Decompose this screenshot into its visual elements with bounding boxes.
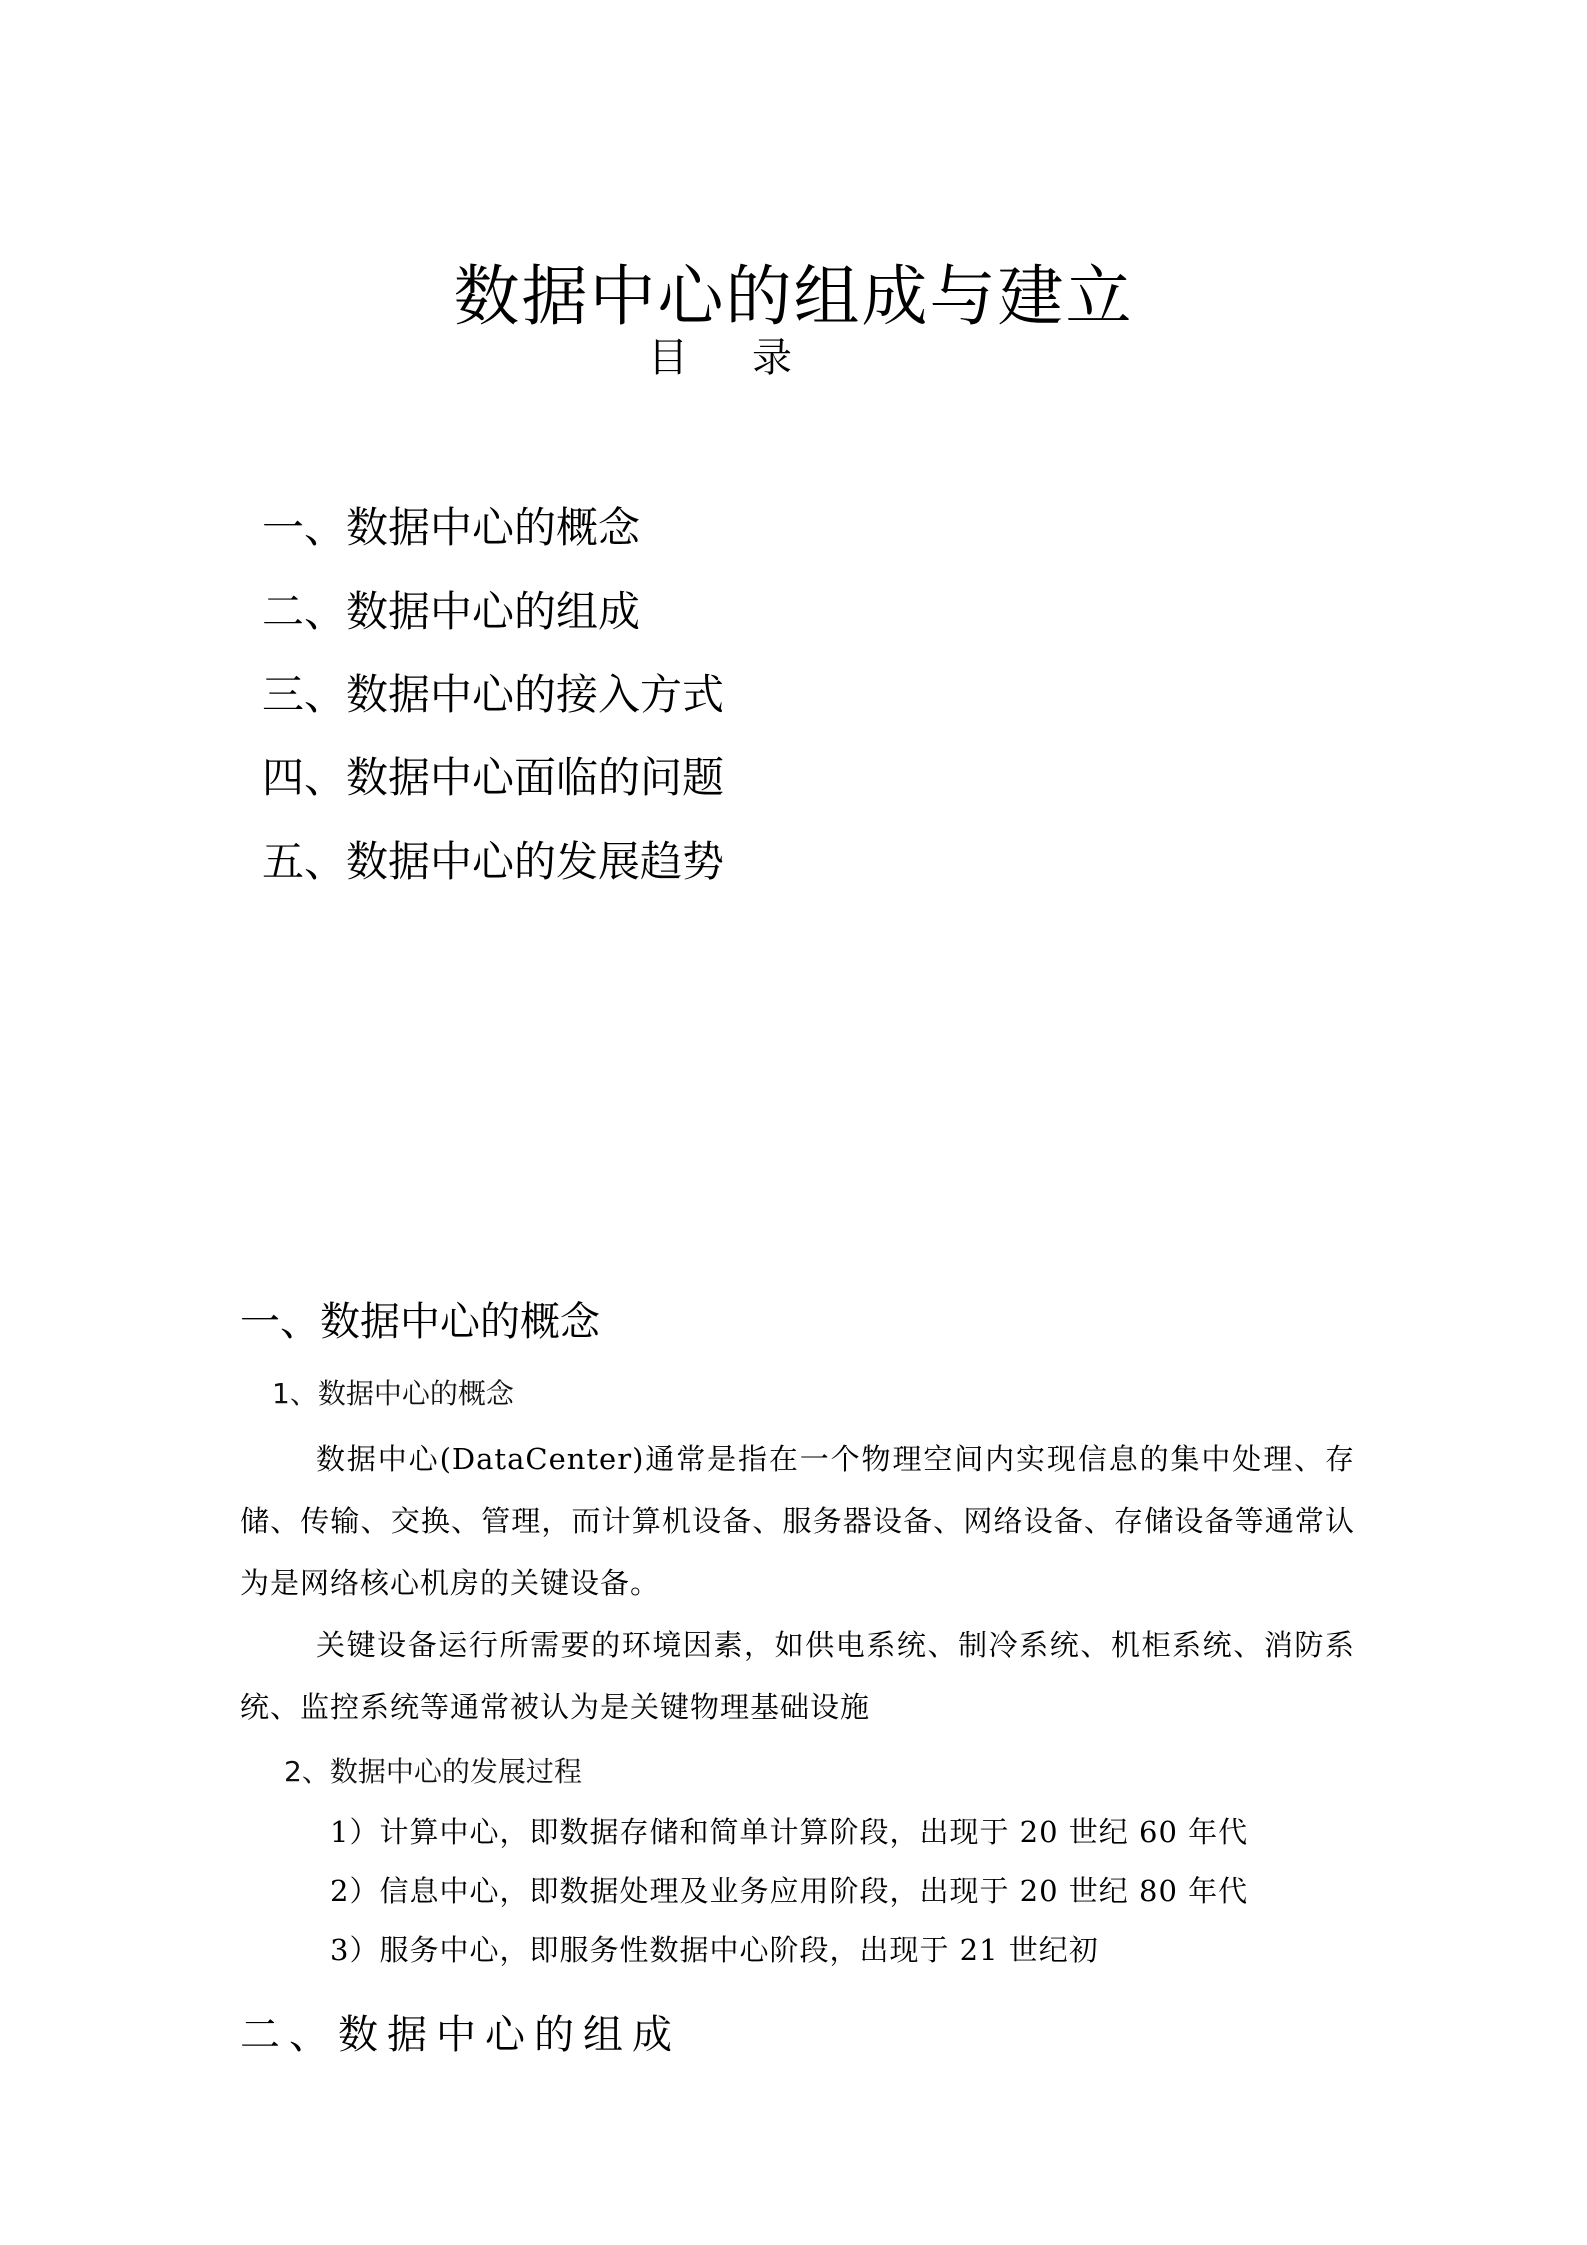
paragraph-infrastructure: 关键设备运行所需要的环境因素，如供电系统、制冷系统、机柜系统、消防系统、监控系统… [240,1614,1355,1738]
section-2-heading: 二、数据中心的组成 [240,2005,681,2065]
toc-item-concept[interactable]: 一、数据中心的概念 [262,498,640,558]
list-item-computing-center: 1）计算中心，即数据存储和简单计算阶段，出现于 20 世纪 60 年代 [330,1810,1248,1854]
toc-item-trends[interactable]: 五、数据中心的发展趋势 [262,832,724,892]
toc-heading: 目录 [648,328,792,388]
paragraph-datacenter-definition: 数据中心(DataCenter)通常是指在一个物理空间内实现信息的集中处理、存储… [240,1428,1355,1614]
document-title: 数据中心的组成与建立 [0,252,1587,342]
toc-heading-left: 目 [648,335,688,381]
subsection-1-1-heading: 1、数据中心的概念 [272,1372,514,1416]
list-item-information-center: 2）信息中心，即数据处理及业务应用阶段，出现于 20 世纪 80 年代 [330,1869,1248,1913]
subsection-1-2-heading: 2、数据中心的发展过程 [284,1750,582,1794]
section-1-heading: 一、数据中心的概念 [240,1292,600,1352]
toc-heading-right: 录 [752,335,792,381]
list-item-service-center: 3）服务中心，即服务性数据中心阶段，出现于 21 世纪初 [330,1928,1099,1972]
toc-item-access-methods[interactable]: 三、数据中心的接入方式 [262,665,724,725]
toc-item-problems[interactable]: 四、数据中心面临的问题 [262,748,724,808]
toc-item-composition[interactable]: 二、数据中心的组成 [262,582,640,642]
